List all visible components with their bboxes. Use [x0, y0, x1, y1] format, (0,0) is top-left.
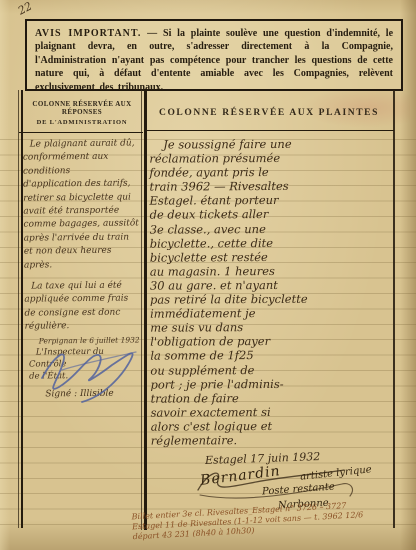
complaint-text: Je soussigné faire uneréclamation présum…	[149, 136, 393, 447]
handwriting-line: réglementaire.	[151, 432, 393, 447]
left-header-underline	[19, 132, 143, 133]
handwriting-line: conformément aux conditions	[23, 151, 141, 179]
handwriting-line: comme bagages, aussitôt	[23, 218, 141, 233]
page-number: 22	[16, 0, 34, 18]
handwriting-line: ou supplément de	[150, 362, 392, 377]
admin-column-header: COLONNE RÉSERVÉE AUX RÉPONSES DE L'ADMIN…	[22, 100, 142, 126]
handwriting-line: réclamation présumée	[149, 150, 391, 165]
inspector-signature-ink	[32, 318, 150, 406]
handwriting-line: après l'arrivée du train	[24, 231, 142, 246]
handwriting-line: de deux tickets aller	[150, 207, 392, 222]
handwriting-line: train 3962 — Rivesaltes	[149, 179, 391, 194]
handwriting-line: me suis vu dans	[150, 320, 392, 335]
handwriting-line: d'application des tarifs,	[23, 178, 141, 193]
handwriting-line: Estagel. étant porteur	[149, 193, 391, 208]
handwriting-line: Je soussigné faire une	[149, 136, 391, 151]
complaints-column-header: COLONNE RÉSERVÉE AUX PLAINTES	[146, 108, 392, 118]
important-notice-box: AVIS IMPORTANT. — Si la plainte soulève …	[25, 19, 403, 91]
notice-title: AVIS IMPORTANT.	[35, 28, 141, 39]
handwriting-line: savoir exactement si	[151, 404, 393, 419]
handwriting-line: fondée, ayant pris le	[149, 165, 391, 180]
handwriting-line: la somme de 1f25	[150, 348, 392, 363]
handwriting-line: La taxe qui lui a été	[24, 279, 142, 294]
handwriting-line: avait été transportée	[23, 204, 141, 219]
right-header-underline	[145, 130, 394, 131]
document-page: 22 AVIS IMPORTANT. — Si la plainte soulè…	[0, 0, 416, 550]
handwriting-line: bicyclette., cette dite	[150, 235, 392, 250]
ticket-annotation: Billet entier 3e cl. Rivesaltes_Estagel …	[131, 498, 412, 542]
admin-column-header-line2: DE L'ADMINISTRATION	[22, 119, 142, 126]
admin-response-paragraph1: Le plaignant aurait dû,conformément aux …	[23, 137, 142, 272]
handwriting-line: alors c'est logique et	[151, 418, 393, 433]
handwriting-line: immédiatement je	[150, 305, 392, 320]
column-divider	[144, 90, 147, 530]
handwriting-line: retirer sa bicyclette qui	[23, 191, 141, 206]
admin-column-header-line1: COLONNE RÉSERVÉE AUX RÉPONSES	[22, 100, 142, 116]
handwriting-line: l'obligation de payer	[150, 334, 392, 349]
table-border-left-thin	[18, 90, 19, 528]
important-notice-text: AVIS IMPORTANT. — Si la plainte soulève …	[35, 27, 393, 94]
handwriting-line: port ; je prie l'adminis-	[150, 376, 392, 391]
handwriting-line: au magasin. 1 heures	[150, 263, 392, 278]
handwriting-line: pas retiré la dite bicyclette	[150, 291, 392, 306]
handwriting-line: et non deux heures après.	[24, 245, 142, 273]
handwriting-line: appliquée comme frais	[24, 293, 142, 308]
handwriting-line: Le plaignant aurait dû,	[23, 137, 141, 152]
handwriting-line: 30 au gare. et n'ayant	[150, 277, 392, 292]
handwriting-line: bicyclette est restée	[150, 249, 392, 264]
table-border-right	[393, 90, 395, 528]
handwriting-line: tration de faire	[151, 390, 393, 405]
handwriting-line: 3e classe., avec une	[150, 221, 392, 236]
